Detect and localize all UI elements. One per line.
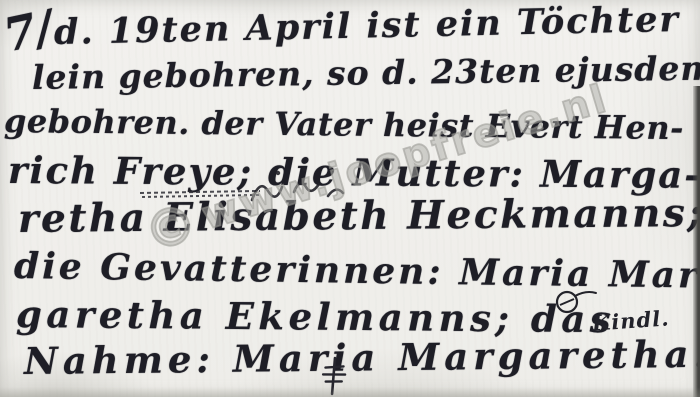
scan-edge-shadow (693, 86, 700, 397)
bottom-edge-shade (0, 387, 700, 397)
manuscript-line: d. 19ten April ist ein Töchter (54, 1, 681, 53)
manuscript-line: Nahme: Maria Margaretha. (24, 334, 700, 382)
reference-mark: 7/ (0, 0, 58, 62)
scanned-document: 7/ d. 19ten April ist ein Töchter lein g… (0, 0, 700, 397)
insertion-mark-icon (554, 288, 598, 316)
inserted-word: Kindl. (591, 305, 670, 335)
